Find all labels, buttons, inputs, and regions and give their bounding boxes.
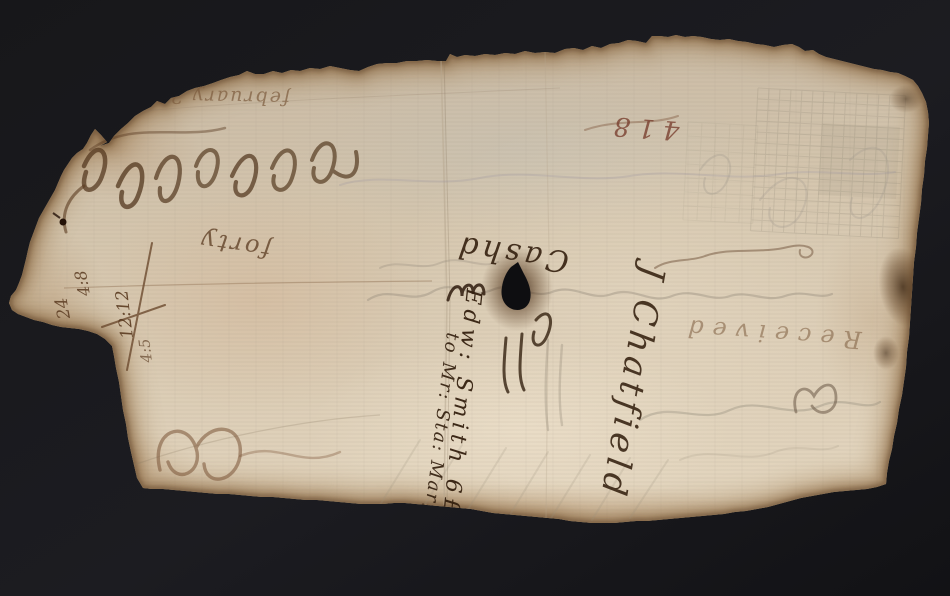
photo-canvas: 418 february 22 forty Cashd Edw: Smith 6… — [0, 0, 950, 596]
right-edge-stain-small — [873, 336, 899, 370]
figure-24: 24 — [51, 296, 75, 322]
figure-4-5: 4:5 — [135, 338, 156, 365]
document-photo: 418 february 22 forty Cashd Edw: Smith 6… — [0, 0, 950, 596]
ink-blot — [60, 219, 67, 226]
corner-stain — [889, 85, 923, 113]
inscription-catalog-number: 418 — [605, 110, 682, 145]
